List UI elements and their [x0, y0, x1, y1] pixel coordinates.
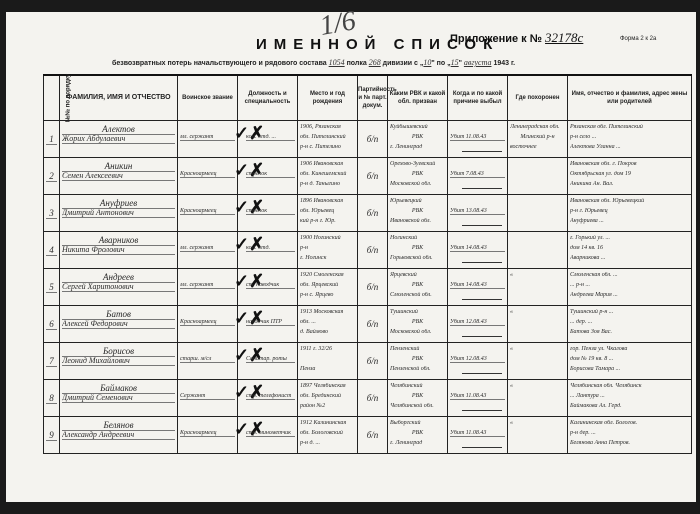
table-row: 2 АникинСемен Алексеевич Красноармеец ✓✗…	[44, 158, 692, 195]
birth-place: 1896 Ивановскаяобл. Юрьевецкий р-н г. Юр…	[298, 195, 358, 232]
row-number: 3	[44, 195, 60, 232]
rank: мл. сержант	[178, 121, 238, 158]
rank: старш. м/сл	[178, 343, 238, 380]
position: ✓✗ком. отд.	[238, 232, 298, 269]
party: б/п	[358, 232, 388, 269]
fate: Убит 14.08.43	[448, 269, 508, 306]
position: ✓✗стрелок	[238, 158, 298, 195]
row-number: 2	[44, 158, 60, 195]
rank: мл. сержант	[178, 232, 238, 269]
family-address: гор. Пенза ул. Чкаловадом № 19 кв. 8 ...…	[568, 343, 692, 380]
division-label: дивизии с	[383, 60, 418, 67]
burial-place: «	[508, 380, 568, 417]
position: ✓✗ком. отд. ...	[238, 121, 298, 158]
birth-place: 1906 Ивановскаяобл. Кинешемскийр-н д. Та…	[298, 158, 358, 195]
rvk: НогинскийРВКГорьковской обл.	[388, 232, 448, 269]
table-row: 9 БеляновАлександр Андреевич Красноармее…	[44, 417, 692, 454]
burial-place: «	[508, 417, 568, 454]
position: ✓✗стрелок	[238, 195, 298, 232]
row-number: 9	[44, 417, 60, 454]
rvk: ЮрьевецкийРВКИвановской обл.	[388, 195, 448, 232]
burial-place: Ленинградская обл.Мгинский р-нвосточнее	[508, 121, 568, 158]
col-buried: Где похоронен	[508, 75, 568, 121]
rvk: ЯрцевскийРВКСмоленской обл.	[388, 269, 448, 306]
appendix-number: 32178с	[545, 30, 583, 45]
to-label: по	[437, 60, 446, 67]
rank: мл. сержант	[178, 269, 238, 306]
family-address: Рязанская обл. Пителинскийр-н село ...Ал…	[568, 121, 692, 158]
rank: Красноармеец	[178, 195, 238, 232]
row-number: 1	[44, 121, 60, 158]
burial-place: «	[508, 306, 568, 343]
col-rank: Воинское звание	[178, 75, 238, 121]
table-row: 7 БорисовЛеонид Михайлович старш. м/сл ✓…	[44, 343, 692, 380]
subtitle-prefix: безвозвратных потерь начальствующего и р…	[112, 60, 327, 67]
col-number: №№ по порядку	[44, 75, 60, 121]
table-row: 6 БатовАлексей Федорович Красноармеец ✓✗…	[44, 306, 692, 343]
rvk: ЧелябинскийРВКЧелябинской обл.	[388, 380, 448, 417]
fate: Убит 13.08.43	[448, 195, 508, 232]
burial-place	[508, 158, 568, 195]
row-number: 4	[44, 232, 60, 269]
full-name: АндреевСергей Харитонович	[60, 269, 178, 306]
appendix-label: Приложение к №	[450, 33, 542, 45]
row-number: 5	[44, 269, 60, 306]
family-address: г. Горький ул. ...дом 14 кв. 16Аварников…	[568, 232, 692, 269]
col-birth: Место и год рождения	[298, 75, 358, 121]
col-party: Партийность и № парт. докум.	[358, 75, 388, 121]
fate: Убит 11.08.43	[448, 121, 508, 158]
burial-place	[508, 232, 568, 269]
rvk: ТушинскийРВКМосковской обл.	[388, 306, 448, 343]
col-rvk: Каким РВК и какой обл. призван	[388, 75, 448, 121]
family-address: Калининская обл. Бологов.р-н дер. ...Бел…	[568, 417, 692, 454]
table-row: 1 АлектовЖорих Абдулаевич мл. сержант ✓✗…	[44, 121, 692, 158]
party: б/п	[358, 121, 388, 158]
row-number: 7	[44, 343, 60, 380]
full-name: БаймаковДмитрий Семенович	[60, 380, 178, 417]
party: б/п	[358, 306, 388, 343]
table-row: 5 АндреевСергей Харитонович мл. сержант …	[44, 269, 692, 306]
family-address: Смоленская обл. ...... р-н ...Андреева М…	[568, 269, 692, 306]
month: августа	[464, 58, 492, 67]
burial-place: «	[508, 269, 568, 306]
position: ✓✗Санитар. роты	[238, 343, 298, 380]
birth-place: 1920 Смоленскаяобл. Ярцевскийр-н с. Ярце…	[298, 269, 358, 306]
birth-place: 1900 Ногинскийр-нг. Ногинск	[298, 232, 358, 269]
party: б/п	[358, 158, 388, 195]
header-row: №№ по порядку ФАМИЛИЯ, ИМЯ И ОТЧЕСТВО Во…	[44, 75, 692, 121]
date-from: 10	[423, 58, 431, 67]
position: ✓✗ст. наводчик	[238, 269, 298, 306]
full-name: АварниковНикита Фролович	[60, 232, 178, 269]
table-row: 8 БаймаковДмитрий Семенович Сержант ✓✗ст…	[44, 380, 692, 417]
party: б/п	[358, 195, 388, 232]
family-address: Ивановская обл. г. ПокровОктябрьская ул.…	[568, 158, 692, 195]
family-address: Ивановская обл. Юрьевецкийр-н г. Юрьевец…	[568, 195, 692, 232]
birth-place: 1906, Рязанскаяобл. Пителинскийр-н с. Пи…	[298, 121, 358, 158]
row-number: 6	[44, 306, 60, 343]
subtitle: безвозвратных потерь начальствующего и р…	[112, 58, 515, 67]
full-name: АлектовЖорих Абдулаевич	[60, 121, 178, 158]
rvk: ПензенскийРВКПензенской обл.	[388, 343, 448, 380]
rvk: Орехово-ЗуевскийРВКМосковской обл.	[388, 158, 448, 195]
table-row: 3 АнуфриевДмитрий Антонович Красноармеец…	[44, 195, 692, 232]
rank: Сержант	[178, 380, 238, 417]
burial-place: «	[508, 343, 568, 380]
full-name: АнуфриевДмитрий Антонович	[60, 195, 178, 232]
party: б/п	[358, 380, 388, 417]
fate: Убит 12.08.43	[448, 306, 508, 343]
party: б/п	[358, 343, 388, 380]
unit-number: 1054	[329, 58, 345, 67]
birth-place: 1913 Московскаяобл. ...д. Ваймово	[298, 306, 358, 343]
rvk: КуйбышевскийРВКг. Ленинград	[388, 121, 448, 158]
birth-place: 1912 Калининскаяобл. Бологовскийр-н д. .…	[298, 417, 358, 454]
date-to: 15	[451, 58, 459, 67]
row-number: 8	[44, 380, 60, 417]
fate: Убит 7.08.43	[448, 158, 508, 195]
full-name: БатовАлексей Федорович	[60, 306, 178, 343]
col-name: ФАМИЛИЯ, ИМЯ И ОТЧЕСТВО	[60, 75, 178, 121]
rank: Красноармеец	[178, 417, 238, 454]
position: ✓✗стр. минометчик	[238, 417, 298, 454]
rvk: ВыборгскийРВКг. Ленинград	[388, 417, 448, 454]
party: б/п	[358, 417, 388, 454]
regiment-label: полка	[347, 60, 367, 67]
position: ✓✗стр. телефонист	[238, 380, 298, 417]
fate: Убит 11.08.43	[448, 380, 508, 417]
col-fate: Когда и по какой причине выбыл	[448, 75, 508, 121]
fate: Убит 11.08.43	[448, 417, 508, 454]
full-name: БеляновАлександр Андреевич	[60, 417, 178, 454]
fate: Убит 14.08.43	[448, 232, 508, 269]
casualty-table: №№ по порядку ФАМИЛИЯ, ИМЯ И ОТЧЕСТВО Во…	[43, 74, 692, 454]
family-address: Челябинская обл. Челябинск... Лантура ..…	[568, 380, 692, 417]
party: б/п	[358, 269, 388, 306]
birth-place: 1911 г. 32/26Пенза	[298, 343, 358, 380]
division-number: 268	[369, 58, 381, 67]
burial-place	[508, 195, 568, 232]
year: 1943 г.	[493, 60, 515, 67]
fate: Убит 12.08.43	[448, 343, 508, 380]
rank: Красноармеец	[178, 306, 238, 343]
rank: Красноармеец	[178, 158, 238, 195]
full-name: БорисовЛеонид Михайлович	[60, 343, 178, 380]
col-family: Имя, отчество и фамилия, адрес жены или …	[568, 75, 692, 121]
position: ✓✗наводчик ПТР	[238, 306, 298, 343]
family-address: Тушинский р-н ...... дер. ...Батова Зоя …	[568, 306, 692, 343]
full-name: АникинСемен Алексеевич	[60, 158, 178, 195]
form-label: Форма 2 к 2а	[620, 36, 656, 42]
birth-place: 1897 Челябинскаяобл. Брединскийрайон №2	[298, 380, 358, 417]
table-row: 4 АварниковНикита Фролович мл. сержант ✓…	[44, 232, 692, 269]
col-position: Должность и специальность	[238, 75, 298, 121]
appendix-reference: Приложение к № 32178с	[450, 30, 583, 46]
